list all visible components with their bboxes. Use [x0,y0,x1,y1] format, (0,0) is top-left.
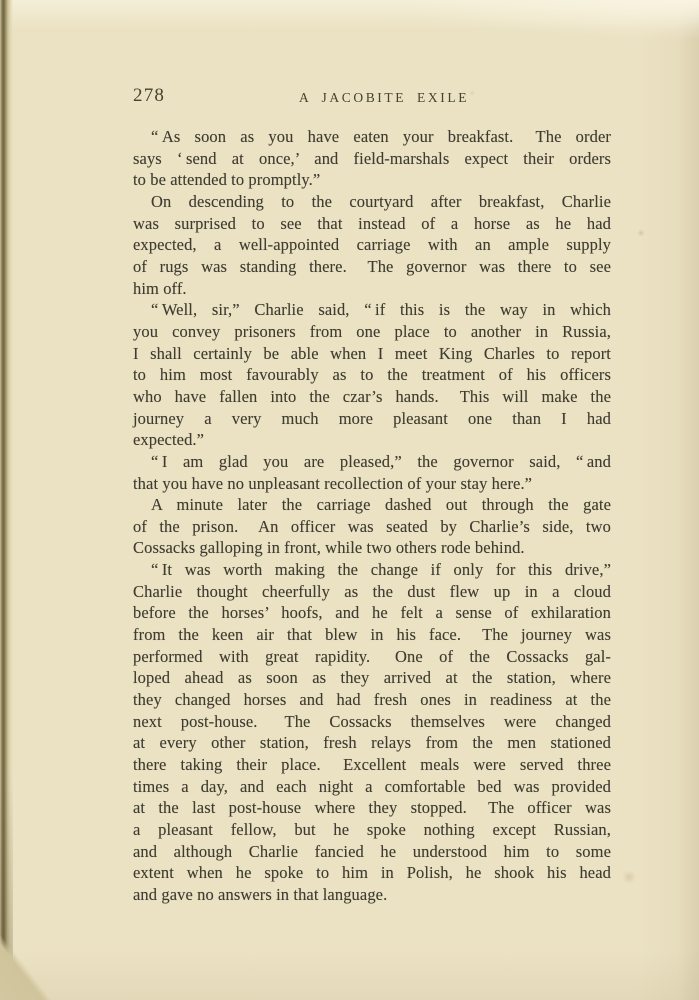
text-line: “ It was worth making the change if only… [133,559,611,581]
text-line: that you have no unpleasant recollection… [133,473,611,495]
text-line: they changed horses and had fresh ones i… [133,689,611,711]
text-line: extent when he spoke to him in Polish, h… [133,862,611,884]
text-line: at the last post-house where they stoppe… [133,797,611,819]
text-line: “ I am glad you are pleased,” the govern… [133,451,611,473]
page-header: 278 A JACOBITE EXILE [133,85,611,111]
text-line: of rugs was standing there. The governor… [133,256,611,278]
text-line: times a day, and each night a comfortabl… [133,776,611,798]
text-line: was surprised to see that instead of a h… [133,213,611,235]
text-line: to be attended to promptly.” [133,169,611,191]
text-line: there taking their place. Excellent meal… [133,754,611,776]
text-line: journey a very much more pleasant one th… [133,408,611,430]
text-line: you convey prisoners from one place to a… [133,321,611,343]
text-line: A minute later the carriage dashed out t… [133,494,611,516]
text-line: Charlie thought cheerfully as the dust f… [133,581,611,603]
text-line: I shall certainly be able when I meet Ki… [133,343,611,365]
text-line: performed with great rapidity. One of th… [133,646,611,668]
running-head-title: A JACOBITE EXILE [145,90,623,106]
text-line: before the horses’ hoofs, and he felt a … [133,602,611,624]
text-line: and gave no answers in that language. [133,884,611,906]
text-line: “ As soon as you have eaten your breakfa… [133,126,611,148]
text-line: says ‘ send at once,’ and field-marshals… [133,148,611,170]
text-line: a pleasant fellow, but he spoke nothing … [133,819,611,841]
book-page-scan: 278 A JACOBITE EXILE “ As soon as you ha… [0,0,699,1000]
text-line: “ Well, sir,” Charlie said, “ if this is… [133,299,611,321]
text-line: who have fallen into the czar’s hands. T… [133,386,611,408]
text-line: to him most favourably as to the treatme… [133,364,611,386]
text-line: loped ahead as soon as they arrived at t… [133,667,611,689]
text-line: from the keen air that blew in his face.… [133,624,611,646]
text-line: him off. [133,278,611,300]
text-line: expected, a well-appointed carriage with… [133,234,611,256]
text-line: at every other station, fresh relays fro… [133,732,611,754]
text-line: and although Charlie fancied he understo… [133,841,611,863]
text-line: expected.” [133,429,611,451]
text-line: next post-house. The Cossacks themselves… [133,711,611,733]
binding-edge [0,0,13,1000]
text-line: Cossacks galloping in front, while two o… [133,537,611,559]
page-corner-shade [0,912,52,1000]
text-line: On descending to the courtyard after bre… [133,191,611,213]
body-text: “ As soon as you have eaten your breakfa… [133,126,611,906]
text-line: of the prison. An officer was seated by … [133,516,611,538]
